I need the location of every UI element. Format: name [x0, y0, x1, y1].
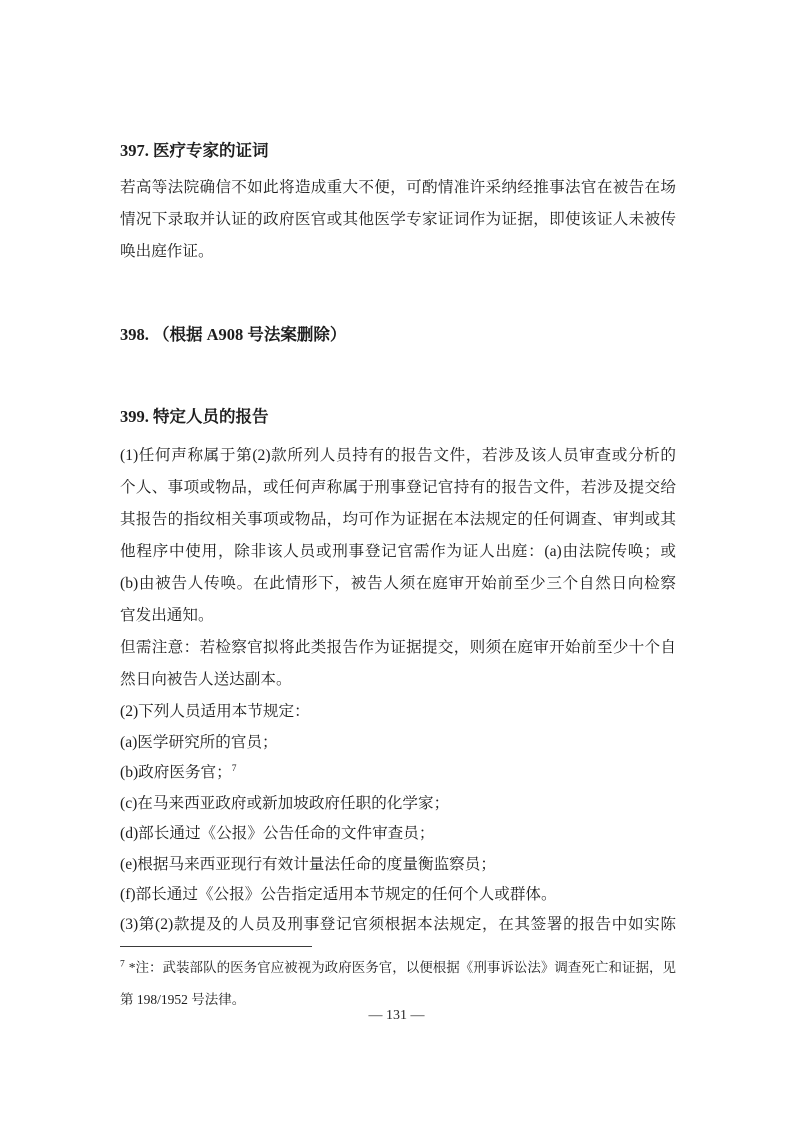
text-line: 他程序中使用，除非该人员或刑事登记官需作为证人出庭：(a)由法院传唤；或: [120, 536, 676, 568]
list-item-c: (c)在马来西亚政府或新加坡政府任职的化学家；: [120, 788, 676, 820]
section-399-paragraph-1: (1)任何声称属于第(2)款所列人员持有的报告文件，若涉及该人员审查或分析的个人…: [120, 440, 676, 632]
text-line: 个人、事项或物品，或任何声称属于刑事登记官持有的报告文件，若涉及提交给: [120, 472, 676, 504]
section-399-paragraph-2-intro: (2)下列人员适用本节规定：: [120, 696, 676, 728]
footnote-divider: [120, 946, 312, 947]
text-line: 官发出通知。: [120, 600, 676, 632]
section-399-heading: 399. 特定人员的报告: [120, 406, 680, 428]
text-line: (3)第(2)款提及的人员及刑事登记官须根据本法规定，在其签署的报告中如实陈: [120, 909, 676, 941]
footnote-marker-7: 7: [120, 960, 125, 970]
footnote-line-1: 7*注：武装部队的医务官应被视为政府医务官，以便根据《刑事诉讼法》调查死亡和证据…: [120, 952, 676, 984]
footnote-reference-7: 7: [232, 764, 237, 774]
text-line: (1)任何声称属于第(2)款所列人员持有的报告文件，若涉及该人员审查或分析的: [120, 440, 676, 472]
list-item-e: (e)根据马来西亚现行有效计量法任命的度量衡监察员；: [120, 849, 676, 881]
section-399-proviso-note: 但需注意：若检察官拟将此类报告作为证据提交，则须在庭审开始前至少十个自然日向被告…: [120, 632, 676, 696]
list-item-b-text: (b)政府医务官；: [120, 764, 232, 781]
section-398-heading: 398. （根据 A908 号法案删除）: [120, 324, 680, 346]
text-line: (b)由被告人传唤。在此情形下，被告人须在庭审开始前至少三个自然日向检察: [120, 568, 676, 600]
footnote: 7*注：武装部队的医务官应被视为政府医务官，以便根据《刑事诉讼法》调查死亡和证据…: [120, 952, 676, 1016]
list-item-f: (f)部长通过《公报》公告指定适用本节规定的任何个人或群体。: [120, 879, 676, 911]
section-397-paragraph: 若高等法院确信不如此将造成重大不便，可酌情准许采纳经推事法官在被告在场情况下录取…: [120, 172, 676, 268]
list-item-a: (a)医学研究所的官员；: [120, 727, 676, 759]
page-number: — 131 —: [0, 1008, 793, 1024]
text-line: 然日向被告人送达副本。: [120, 664, 676, 696]
section-397-heading: 397. 医疗专家的证词: [120, 140, 680, 162]
text-line: 唤出庭作证。: [120, 236, 676, 268]
text-line: 其报告的指纹相关事项或物品，均可作为证据在本法规定的任何调查、审判或其: [120, 504, 676, 536]
text-line: 但需注意：若检察官拟将此类报告作为证据提交，则须在庭审开始前至少十个自: [120, 632, 676, 664]
footnote-text: *注：武装部队的医务官应被视为政府医务官，以便根据《刑事诉讼法》调查死亡和证据，…: [129, 960, 676, 975]
section-399-paragraph-3: (3)第(2)款提及的人员及刑事登记官须根据本法规定，在其签署的报告中如实陈: [120, 909, 676, 941]
text-line: 若高等法院确信不如此将造成重大不便，可酌情准许采纳经推事法官在被告在场: [120, 172, 676, 204]
list-item-d: (d)部长通过《公报》公告任命的文件审查员；: [120, 818, 676, 850]
text-line: 情况下录取并认证的政府医官或其他医学专家证词作为证据，即使该证人未被传: [120, 204, 676, 236]
document-page: 397. 医疗专家的证词 若高等法院确信不如此将造成重大不便，可酌情准许采纳经推…: [0, 0, 793, 1122]
list-item-b: (b)政府医务官；7: [120, 757, 676, 789]
